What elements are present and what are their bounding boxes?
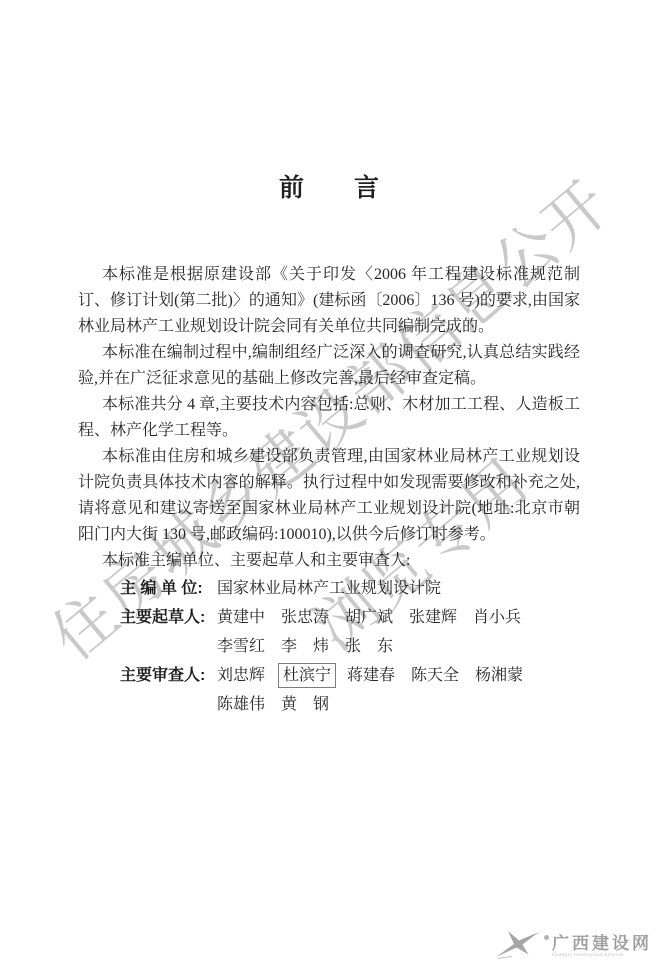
chief-editor-label: 主 编 单 位: (120, 574, 217, 603)
drafters-names: 黄建中 张忠涛 胡广斌 张建辉 肖小兵 李雪红 李 炜 张 东 (217, 603, 521, 661)
reviewers-names-line: 刘忠辉杜滨宁蒋建春 陈天全 杨湘蒙 (217, 661, 523, 690)
foreword-body: 本标准是根据原建设部《关于印发〈2006 年工程建设标准规范制订、修订计划(第二… (78, 262, 580, 574)
reviewers-row: 主要审查人: 刘忠辉杜滨宁蒋建春 陈天全 杨湘蒙 陈雄伟 黄 钢 (78, 661, 658, 719)
logo-text-wrap: 广西建设网 Guangxi construction network (552, 935, 652, 959)
paragraph: 本标准由住房和城乡建设部负责管理,由国家林业局林产工业规划设计院负责具体技术内容… (78, 444, 580, 548)
drafters-names-line: 黄建中 张忠涛 胡广斌 张建辉 肖小兵 (217, 603, 521, 632)
reviewer-name-boxed: 杜滨宁 (278, 663, 336, 688)
drafters-label: 主要起草人: (120, 603, 217, 632)
registered-dot-icon (544, 935, 549, 940)
chief-editor-value: 国家林业局林产工业规划设计院 (217, 574, 441, 603)
reviewers-names: 刘忠辉杜滨宁蒋建春 陈天全 杨湘蒙 陈雄伟 黄 钢 (217, 661, 523, 719)
document-page: 住房城乡建设部信息公开 浏览专用 前 言 本标准是根据原建设部《关于印发〈200… (0, 0, 658, 972)
reviewer-name: 刘忠辉 (217, 667, 265, 684)
paragraph: 本标准在编制过程中,编制组经广泛深入的调查研究,认真总结实践经验,并在广泛征求意… (78, 340, 580, 392)
credits-block: 主 编 单 位: 国家林业局林产工业规划设计院 主要起草人: 黄建中 张忠涛 胡… (78, 574, 658, 719)
drafters-names-line: 李雪红 李 炜 张 东 (217, 632, 521, 661)
page-content: 前 言 本标准是根据原建设部《关于印发〈2006 年工程建设标准规范制订、修订计… (0, 0, 658, 972)
paragraph: 本标准共分 4 章,主要技术内容包括:总则、木材加工工程、人造板工程、林产化学工… (78, 392, 580, 444)
logo-name: 广西建设网 (552, 935, 652, 953)
reviewer-names-rest: 蒋建春 陈天全 杨湘蒙 (347, 667, 523, 684)
site-logo[interactable]: 广西建设网 Guangxi construction network (495, 928, 652, 966)
page-title: 前 言 (0, 0, 658, 204)
logo-caption: Guangxi construction network (552, 953, 652, 959)
drafters-row: 主要起草人: 黄建中 张忠涛 胡广斌 张建辉 肖小兵 李雪红 李 炜 张 东 (78, 603, 658, 661)
reviewers-label: 主要审查人: (120, 661, 217, 690)
reviewers-names-line: 陈雄伟 黄 钢 (217, 690, 523, 719)
paragraph: 本标准主编单位、主要起草人和主要审查人: (78, 548, 580, 574)
star-icon (495, 928, 541, 966)
chief-editor-row: 主 编 单 位: 国家林业局林产工业规划设计院 (78, 574, 658, 603)
paragraph: 本标准是根据原建设部《关于印发〈2006 年工程建设标准规范制订、修订计划(第二… (78, 262, 580, 340)
